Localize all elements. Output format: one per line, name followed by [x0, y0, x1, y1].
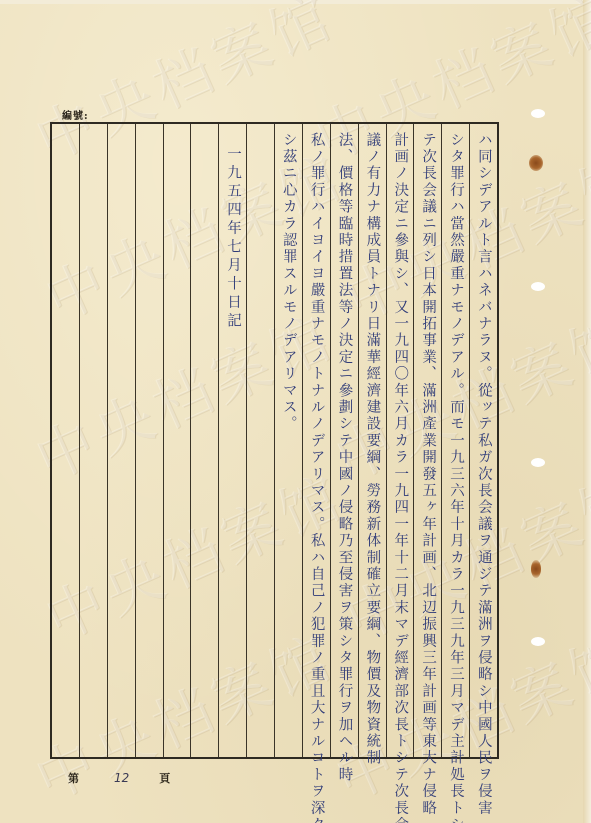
page-footer: 第 12 頁 — [68, 770, 170, 786]
code-label: 編號: — [62, 107, 89, 122]
column-text: ハ同シデアルト言ハネバナラヌ。從ッテ私ガ次長会議ヲ通ジテ滿洲ヲ侵略シ中國人民ヲ侵… — [476, 124, 491, 757]
binder-hole — [531, 282, 545, 291]
binder-hole — [531, 109, 545, 118]
grid-column: 一九五四年七月十日記 — [218, 124, 246, 757]
grid-column: 議ノ有力ナ構成員トナリ日滿華經濟建設要綱、勞務新体制確立要綱、物價及物資統制 — [358, 124, 386, 757]
grid-column — [135, 124, 163, 757]
grid-column — [79, 124, 107, 757]
column-text: シ茲ニ心カラ認罪スルモノデアリマス。 — [281, 124, 296, 757]
grid-column — [246, 124, 274, 757]
grid-column: シ茲ニ心カラ認罪スルモノデアリマス。 — [274, 124, 302, 757]
grid-column: 私ノ罪行ハイヨイヨ嚴重ナモノトナルノデアリマス。私ハ自己ノ犯罪ノ重且大ナルコトヲ… — [302, 124, 330, 757]
grid-column: ハ同シデアルト言ハネバナラヌ。從ッテ私ガ次長会議ヲ通ジテ滿洲ヲ侵略シ中國人民ヲ侵… — [469, 124, 497, 757]
binder-hole — [531, 458, 545, 467]
page-number: 12 — [114, 771, 129, 785]
column-text: 法、價格等臨時措置法等ノ決定ニ參劃シテ中國ノ侵略乃至侵害ヲ策シタ罪行ヲ加ヘル時 — [337, 124, 352, 757]
grid-column: テ次長会議ニ列シ日本開拓事業、滿洲產業開發五ヶ年計画、北辺振興三年計画等東大ナ侵… — [413, 124, 441, 757]
manuscript-grid: ハ同シデアルト言ハネバナラヌ。從ッテ私ガ次長会議ヲ通ジテ滿洲ヲ侵略シ中國人民ヲ侵… — [50, 122, 499, 759]
paper-top-edge — [0, 0, 591, 4]
rust-stain — [529, 155, 543, 171]
page-suffix: 頁 — [159, 770, 170, 786]
binder-hole — [531, 637, 545, 646]
grid-column — [52, 124, 79, 757]
column-text: シタ罪行ハ當然嚴重ナモノデアル。而モ一九三六年十月カラ一九三九年三月マデ主計処長… — [448, 124, 463, 757]
grid-column: シタ罪行ハ當然嚴重ナモノデアル。而モ一九三六年十月カラ一九三九年三月マデ主計処長… — [441, 124, 469, 757]
grid-column: 計画ノ決定ニ參與シ、又一九四〇年六月カラ一九四一年十二月末マデ經濟部次長トシテ次… — [386, 124, 414, 757]
grid-column — [163, 124, 191, 757]
page-prefix: 第 — [68, 770, 79, 786]
grid-column: 法、價格等臨時措置法等ノ決定ニ參劃シテ中國ノ侵略乃至侵害ヲ策シタ罪行ヲ加ヘル時 — [330, 124, 358, 757]
column-text: 計画ノ決定ニ參與シ、又一九四〇年六月カラ一九四一年十二月末マデ經濟部次長トシテ次… — [393, 124, 408, 757]
grid-column — [107, 124, 135, 757]
column-text: 議ノ有力ナ構成員トナリ日滿華經濟建設要綱、勞務新体制確立要綱、物價及物資統制 — [365, 124, 380, 757]
document-page: 中央档案馆 中央档案馆 中央档案馆 中央档案馆 中央档案馆 中央档案馆 中央档案… — [0, 0, 591, 823]
rust-stain — [531, 560, 541, 578]
column-text: テ次長会議ニ列シ日本開拓事業、滿洲產業開發五ヶ年計画、北辺振興三年計画等東大ナ侵… — [421, 124, 436, 757]
date-signature: 一九五四年七月十日記 — [225, 124, 240, 757]
column-text: 私ノ罪行ハイヨイヨ嚴重ナモノトナルノデアリマス。私ハ自己ノ犯罪ノ重且大ナルコトヲ… — [309, 124, 324, 757]
grid-column — [190, 124, 218, 757]
paper-right-edge — [583, 0, 591, 823]
